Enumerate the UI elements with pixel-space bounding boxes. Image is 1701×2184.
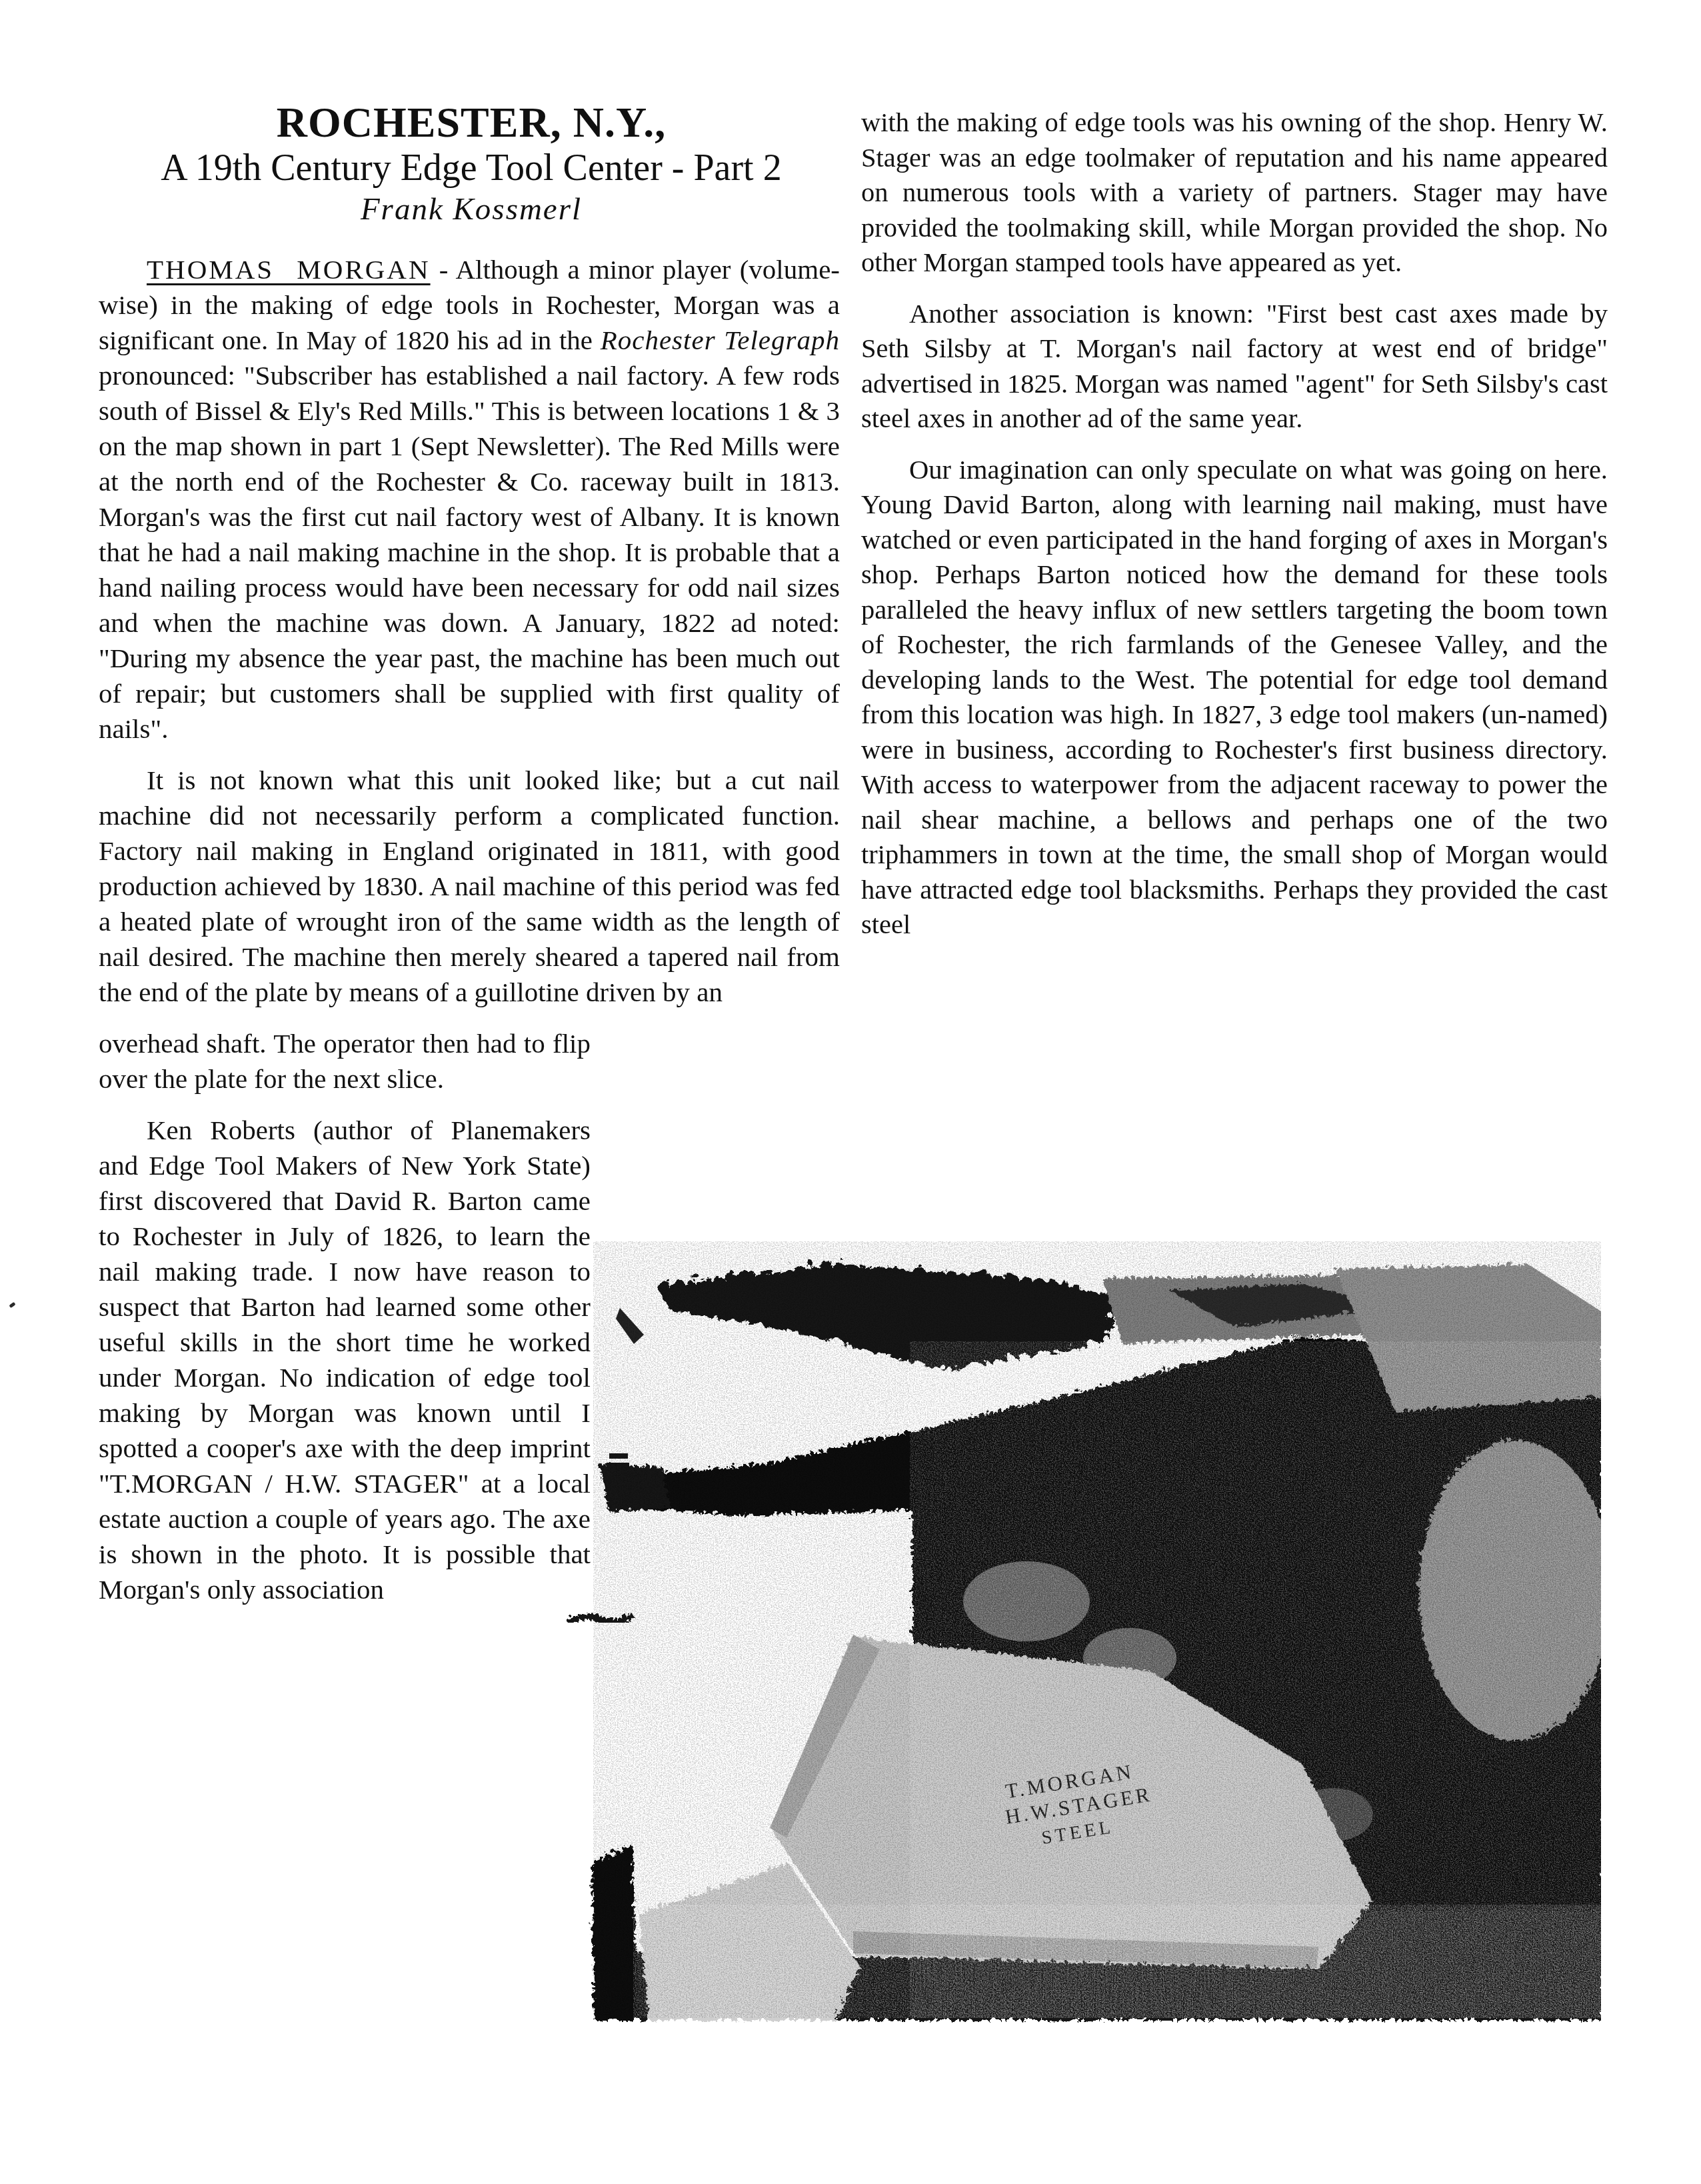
page-title: ROCHESTER, N.Y., — [99, 100, 844, 145]
left-column-narrow-section: overhead shaft. The operator then had to… — [99, 1026, 591, 1607]
article-header: ROCHESTER, N.Y., A 19th Century Edge Too… — [99, 100, 844, 226]
rochester-telegraph-italic: Rochester Telegraph — [601, 325, 840, 355]
article-byline: Frank Kossmerl — [99, 193, 844, 226]
paragraph-speculation: Our imagination can only speculate on wh… — [861, 453, 1608, 943]
paragraph-stager: with the making of edge tools was his ow… — [861, 105, 1608, 281]
paragraph-nail-machine-narrow: overhead shaft. The operator then had to… — [99, 1026, 591, 1097]
article-subtitle: A 19th Century Edge Tool Center - Part 2 — [99, 149, 844, 188]
scan-speck — [9, 1302, 15, 1308]
axe-photo: T.MORGAN H.W.STAGER STEEL — [567, 1241, 1601, 2027]
paragraph-nail-machine-wide: It is not known what this unit looked li… — [99, 763, 840, 1010]
right-column: with the making of edge tools was his ow… — [861, 105, 1608, 959]
paragraph-thomas-morgan: THOMAS MORGAN - Although a minor player … — [99, 252, 840, 747]
newsletter-page: ROCHESTER, N.Y., A 19th Century Edge Too… — [0, 0, 1701, 2184]
photo-grain-floor — [633, 1905, 1601, 2018]
paragraph-ken-roberts: Ken Roberts (author of Planemakers and E… — [99, 1113, 591, 1607]
axe-photo-svg: T.MORGAN H.W.STAGER STEEL — [567, 1241, 1601, 2027]
paragraph-thomas-morgan-text-b: pronounced: "Subscriber has established … — [99, 360, 840, 744]
thomas-morgan-lead: THOMAS MORGAN — [147, 254, 431, 285]
paragraph-silsby: Another association is known: "First bes… — [861, 297, 1608, 437]
